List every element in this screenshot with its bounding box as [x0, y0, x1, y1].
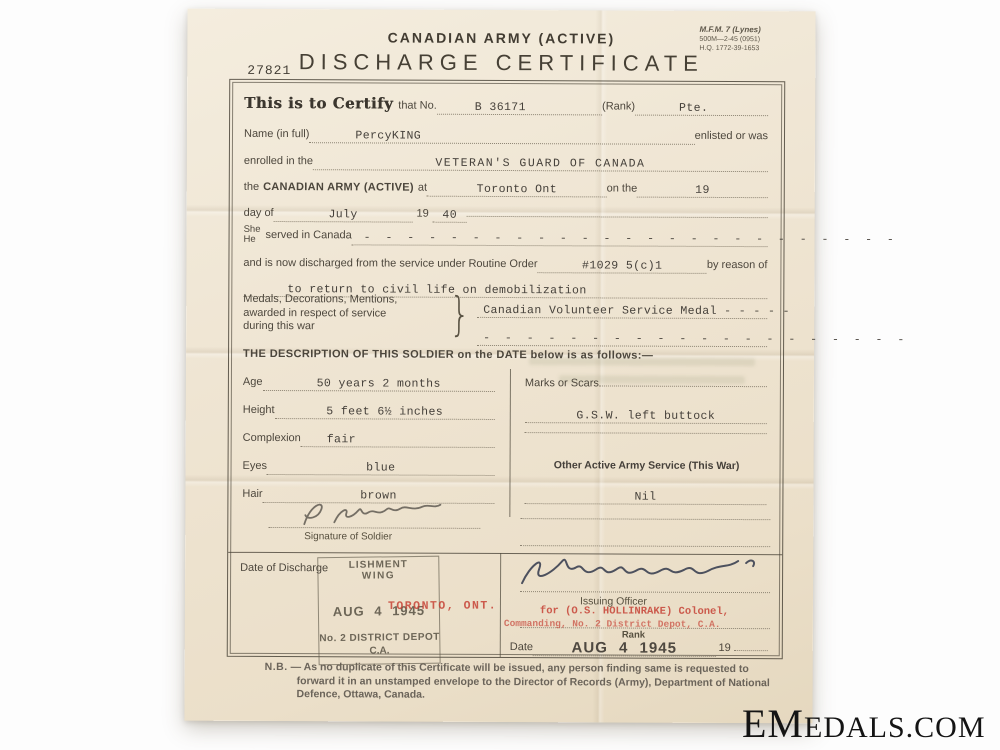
year-19-printed: 19: [718, 642, 730, 654]
column-divider: [509, 369, 511, 517]
place-field: Toronto Ont: [427, 178, 607, 198]
place-value: Toronto Ont: [477, 183, 557, 196]
by-reason-of-label: by reason of: [707, 259, 768, 271]
enrolled-label: enrolled in the: [244, 155, 313, 167]
month-field: July: [274, 203, 413, 223]
name-field: PercyKING: [309, 124, 694, 145]
emedals-watermark: EMEDALS.COM: [742, 700, 986, 747]
watermark-rest: EDALS.COM: [804, 711, 986, 744]
year-field: 40: [433, 204, 467, 223]
service-number-value: B 36171: [475, 101, 526, 114]
other-service-value: Nil: [634, 491, 656, 504]
eyes-value: blue: [366, 461, 395, 474]
medals-field-line1: Canadian Volunteer Service Medal - - - -…: [477, 299, 767, 319]
enlisted-or-was-label: enlisted or was: [695, 130, 768, 142]
enlist-day-field: 19: [637, 179, 768, 199]
product-photo: CANADIAN ARMY (ACTIVE) DISCHARGE CERTIFI…: [0, 0, 1000, 750]
service-number-field: B 36171: [437, 96, 602, 116]
unit-field: VETERAN'S GUARD OF CANADA: [313, 151, 768, 172]
that-no-label: that No.: [398, 100, 437, 112]
issuing-officer-line: [520, 591, 770, 593]
stamp-depot-line: No. 2 DISTRICT DEPOT: [319, 632, 439, 645]
medals-value-line2: - - - - - - - - - - - - - - - - - - - -: [483, 332, 907, 347]
form-ref-line3: H.Q. 1772-39-1653: [699, 44, 817, 54]
other-service-field: Nil: [524, 485, 766, 505]
height-field: 5 feet 6½ inches: [275, 400, 495, 420]
form-reference-stamp: M.F.M. 7 (Lynes) 500M—2-45 (0951) H.Q. 1…: [699, 25, 817, 54]
form-ref-line2: 500M—2-45 (0951): [699, 34, 817, 44]
year-19-label: 19: [416, 208, 428, 220]
soldier-signature-line: [268, 527, 480, 529]
at-label: at: [418, 182, 427, 194]
nb-footnote: N.B. — As no duplicate of this Certifica…: [265, 661, 783, 704]
form-ref-line1: M.F.M. 7 (Lynes): [699, 25, 817, 35]
marks-field-line2: G.S.W. left buttock: [525, 404, 767, 424]
routine-order-field: #1029 5(c)1: [538, 254, 707, 274]
on-the-label: on the: [607, 182, 638, 194]
watermark-big: EM: [742, 701, 804, 746]
stamp-ca-line: C.A.: [319, 645, 439, 658]
marks-field-line1: [599, 385, 767, 387]
toronto-red-stamp: TORONTO, ONT.: [388, 600, 497, 613]
medals-label: Medals, Decorations, Mentions, awarded i…: [243, 293, 419, 334]
year-trailing-dots: [734, 650, 768, 651]
height-label: Height: [243, 404, 275, 416]
complexion-label: Complexion: [243, 432, 301, 444]
marks-field-line3: [525, 432, 767, 434]
trailing-dots: [467, 216, 768, 218]
medals-label-line3: during this war: [243, 320, 419, 334]
rank-field: Pte.: [635, 97, 768, 117]
description-header: THE DESCRIPTION OF THIS SOLDIER on the D…: [243, 348, 653, 362]
complexion-value: fair: [327, 433, 356, 446]
canadian-army-bold-label: CANADIAN ARMY (ACTIVE): [263, 181, 414, 194]
date-field: AUG 4 1945: [533, 637, 716, 657]
hair-label: Hair: [242, 488, 262, 500]
serial-number: 27821: [247, 63, 291, 78]
marks-value: G.S.W. left buttock: [576, 409, 715, 423]
medals-value-line1: Canadian Volunteer Service Medal - - - -…: [483, 304, 790, 318]
date-stamp-value: AUG 4 1945: [572, 639, 677, 656]
complexion-field: fair: [301, 428, 495, 448]
blank-dotted-line: [520, 518, 770, 520]
unit-value: VETERAN'S GUARD OF CANADA: [435, 157, 645, 171]
medals-field-line2: - - - - - - - - - - - - - - - - - - - -: [477, 327, 767, 347]
brace-glyph: }: [450, 287, 471, 341]
marks-or-scars-label: Marks or Scars: [525, 377, 599, 389]
hollinrake-red-stamp-line2: Commanding, No. 2 District Depot, C.A.: [504, 618, 721, 630]
eyes-field: blue: [267, 456, 495, 476]
served-in-canada-label: served in Canada: [265, 229, 351, 241]
height-value: 5 feet 6½ inches: [326, 405, 443, 419]
certify-lead-text: This is to Certify: [244, 94, 393, 113]
medals-label-line1: Medals, Decorations, Mentions,: [243, 293, 419, 307]
routine-order-value: #1029 5(c)1: [582, 259, 662, 272]
served-field: - - - - - - - - - - - - - - - - - - - - …: [352, 226, 768, 247]
bottom-cell-divider: [500, 553, 501, 657]
month-value: July: [328, 208, 357, 221]
he-label: He: [244, 235, 261, 245]
discharged-pre-label: and is now discharged from the service u…: [243, 257, 537, 270]
age-label: Age: [243, 376, 263, 388]
nb-text: — As no duplicate of this Certificate wi…: [291, 661, 770, 701]
bottom-section-border: [228, 552, 782, 555]
other-service-header: Other Active Army Service (This War): [525, 459, 769, 472]
nb-lead: N.B.: [265, 661, 288, 673]
date-of-discharge-label: Date of Discharge: [240, 562, 328, 574]
hair-value: brown: [360, 489, 397, 502]
hollinrake-red-stamp-line1: for (O.S. HOLLINRAKE) Colonel,: [540, 605, 729, 618]
year-value: 40: [442, 209, 457, 222]
stamp-wing-line: WING: [318, 570, 438, 583]
name-value: PercyKING: [355, 129, 421, 142]
the-label: the: [244, 181, 259, 193]
she-he-label: She He: [244, 225, 261, 245]
rank-value: Pte.: [679, 102, 708, 115]
certificate-form-box: This is to Certify that No. B 36171 (Ran…: [227, 79, 786, 659]
blank-dotted-line: [520, 545, 770, 547]
discharge-certificate-document: CANADIAN ARMY (ACTIVE) DISCHARGE CERTIFI…: [184, 9, 815, 724]
rank-label: (Rank): [602, 100, 635, 112]
name-label: Name (in full): [244, 128, 309, 140]
medals-label-line2: awarded in respect of service: [243, 306, 419, 320]
age-field: 50 years 2 months: [262, 372, 495, 392]
date-label: Date: [510, 641, 533, 653]
eyes-label: Eyes: [243, 460, 268, 472]
age-value: 50 years 2 months: [317, 377, 441, 391]
hair-field: brown: [263, 484, 495, 504]
enlist-day-value: 19: [695, 184, 710, 197]
served-value: - - - - - - - - - - - - - - - - - - - - …: [364, 231, 897, 246]
day-of-label: day of: [244, 207, 274, 219]
signature-of-soldier-label: Signature of Soldier: [304, 531, 392, 542]
